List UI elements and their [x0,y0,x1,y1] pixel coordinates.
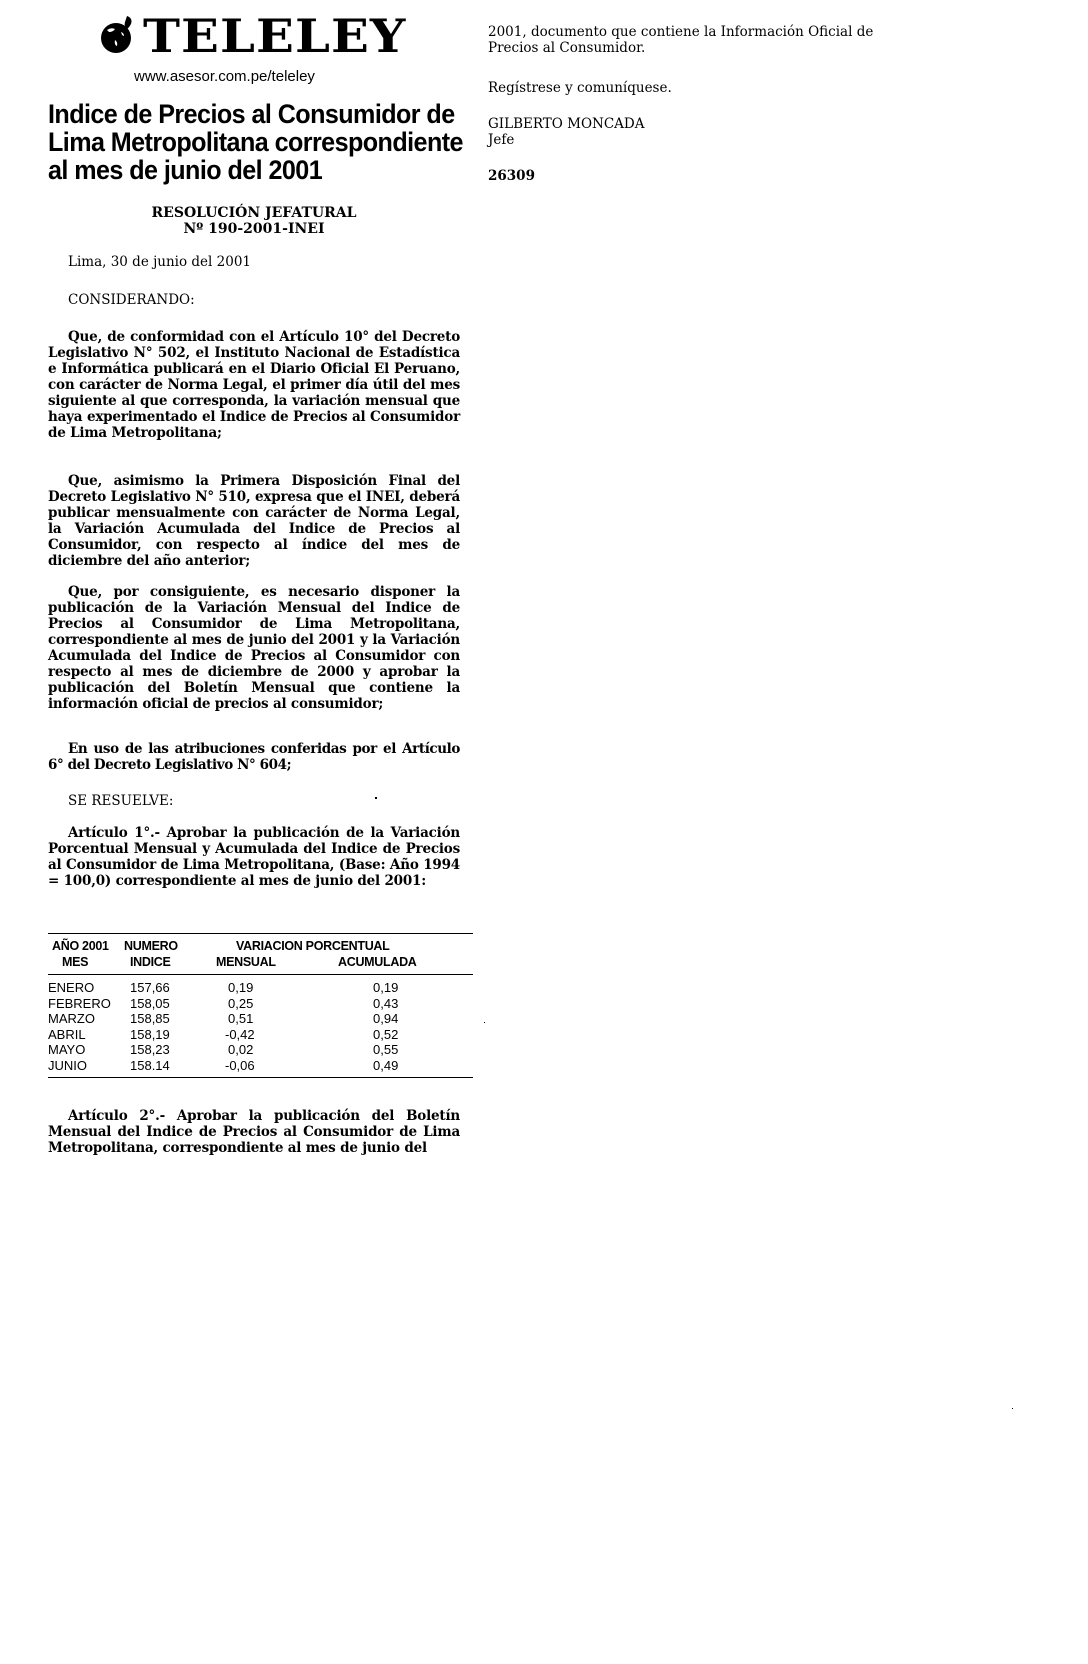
place-date-text: Lima, 30 de junio del 2001 [48,254,460,270]
cell-accumulated: 0,94 [373,1011,398,1027]
closing-formula: Regístrese y comuníquese. [488,80,928,96]
headline-line-1: Indice de Precios al Consumidor de [48,100,439,128]
cell-index: 157,66 [130,980,170,996]
place-date: Lima, 30 de junio del 2001 [48,254,460,270]
cell-month: ABRIL [48,1027,86,1043]
article-2-continuation: 2001, documento que contiene la Informac… [488,24,920,56]
brand-name: TELELEY [143,10,406,62]
table-row: ABRIL 158,19 -0,42 0,52 [48,1027,473,1043]
cell-index: 158.14 [130,1058,170,1074]
header-variation: VARIACION PORCENTUAL [236,939,390,953]
article-1-label: Artículo 1°.- [68,825,160,841]
header-year: AÑO 2001 [52,939,109,953]
right-column: 2001, documento que contiene la Informac… [488,24,928,184]
cell-month: FEBRERO [48,996,111,1012]
se-resuelve-text: SE RESUELVE: [48,793,460,809]
cell-index: 158,05 [130,996,170,1012]
globe-hand-icon [101,14,135,58]
considerando-label: CONSIDERANDO: [48,292,460,308]
cell-accumulated: 0,55 [373,1042,398,1058]
header-accumulated: ACUMULADA [338,955,417,969]
page-title: Indice de Precios al Consumidor de Lima … [48,100,439,184]
resolution-title: RESOLUCIÓN JEFATURAL [48,205,460,221]
header-number-bottom: INDICE [130,955,171,969]
table-row: JUNIO 158.14 -0,06 0,49 [48,1058,473,1074]
masthead: TELELEY [101,10,387,62]
cell-accumulated: 0,52 [373,1027,398,1043]
article-2-label: Artículo 2°.- [68,1108,165,1124]
cell-monthly: -0,06 [225,1058,255,1074]
cell-month: MARZO [48,1011,95,1027]
cell-month: MAYO [48,1042,85,1058]
scan-speck [484,1022,485,1023]
table-header: AÑO 2001 MES NUMERO INDICE VARIACION POR… [48,934,473,974]
table-row: FEBRERO 158,05 0,25 0,43 [48,996,473,1012]
header-number-top: NUMERO [124,939,178,953]
signatory-title: Jefe [488,132,928,148]
cell-accumulated: 0,43 [373,996,398,1012]
table-row: MARZO 158,85 0,51 0,94 [48,1011,473,1027]
brand-url[interactable]: www.asesor.com.pe/teleley [134,68,315,86]
cell-accumulated: 0,49 [373,1058,398,1074]
cell-index: 158,85 [130,1011,170,1027]
se-resuelve-label: SE RESUELVE: [48,793,460,809]
header-monthly: MENSUAL [216,955,276,969]
reference-number: 26309 [488,168,928,184]
cell-monthly: 0,02 [228,1042,253,1058]
recital-4: En uso de las atribuciones conferidas po… [48,741,460,773]
cell-monthly: 0,25 [228,996,253,1012]
scan-speck [375,797,377,799]
cell-monthly: 0,19 [228,980,253,996]
headline-line-3: al mes de junio del 2001 [48,156,439,184]
cell-month: JUNIO [48,1058,87,1074]
resolution-number: Nº 190-2001-INEI [48,221,460,237]
recital-2: Que, asimismo la Primera Disposición Fin… [48,473,460,569]
cell-accumulated: 0,19 [373,980,398,996]
signatory-name: GILBERTO MONCADA [488,116,928,132]
article-2: Artículo 2°.- Aprobar la publicación del… [48,1108,460,1156]
headline-line-2: Lima Metropolitana correspondiente [48,128,439,156]
table-bottom-rule [48,1077,473,1078]
table-row: ENERO 157,66 0,19 0,19 [48,980,473,996]
cell-monthly: -0,42 [225,1027,255,1043]
considerando-text: CONSIDERANDO: [48,292,460,308]
cell-monthly: 0,51 [228,1011,253,1027]
table-body: ENERO 157,66 0,19 0,19 FEBRERO 158,05 0,… [48,975,473,1077]
resolution-heading: RESOLUCIÓN JEFATURAL Nº 190-2001-INEI [48,205,460,237]
article-1: Artículo 1°.- Aprobar la publicación de … [48,825,460,889]
cell-index: 158,23 [130,1042,170,1058]
recital-3: Que, por consiguiente, es necesario disp… [48,584,460,712]
table-row: MAYO 158,23 0,02 0,55 [48,1042,473,1058]
cpi-table: AÑO 2001 MES NUMERO INDICE VARIACION POR… [48,933,473,1078]
header-month: MES [62,955,88,969]
cell-month: ENERO [48,980,94,996]
recital-1: Que, de conformidad con el Artículo 10° … [48,329,460,441]
scan-speck [1012,1408,1013,1409]
cell-index: 158,19 [130,1027,170,1043]
